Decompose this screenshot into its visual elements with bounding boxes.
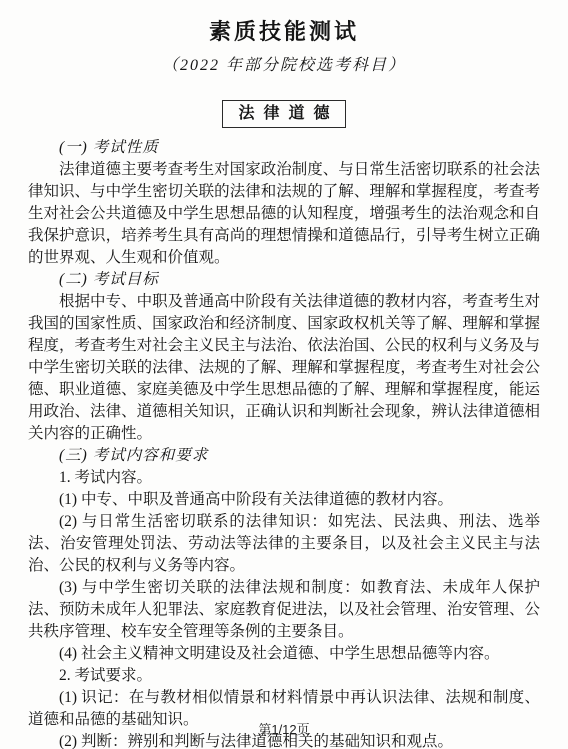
list-item-exam-content: 1. 考试内容。 [28, 467, 540, 489]
document-subtitle: （2022 年部分院校选考科目） [0, 55, 568, 77]
body-paragraph-1: 法律道德主要考查考生对国家政治制度、与日常生活密切联系的社会法律知识、与中学生密… [28, 159, 540, 269]
section-heading-1: (一) 考试性质 [28, 137, 540, 159]
document-page: 素质技能测试 （2022 年部分院校选考科目） 法律道德 (一) 考试性质 法律… [0, 0, 568, 749]
subject-label-box: 法律道德 [222, 100, 345, 128]
body-paragraph-2: 根据中专、中职及普通高中阶段有关法律道德的教材内容，考查考生对我国的国家性质、国… [28, 291, 540, 445]
section-heading-2: (二) 考试目标 [28, 269, 540, 291]
list-item-exam-requirements: 2. 考试要求。 [28, 665, 540, 687]
page-number: 第1/12页 [0, 719, 568, 738]
list-item-content-1: (1) 中专、中职及普通高中阶段有关法律道德的教材内容。 [28, 489, 540, 511]
list-item-content-3: (3) 与中学生密切关联的法律法规和制度：如教育法、未成年人保护法、预防未成年人… [28, 577, 540, 643]
document-title: 素质技能测试 [0, 0, 568, 46]
section-heading-3: (三) 考试内容和要求 [28, 445, 540, 467]
subject-box-container: 法律道德 [0, 100, 568, 128]
document-body: (一) 考试性质 法律道德主要考查考生对国家政治制度、与日常生活密切联系的社会法… [28, 137, 540, 749]
list-item-content-4: (4) 社会主义精神文明建设及社会道德、中学生思想品德等内容。 [28, 643, 540, 665]
list-item-content-2: (2) 与日常生活密切联系的法律知识：如宪法、民法典、刑法、选举法、治安管理处罚… [28, 511, 540, 577]
